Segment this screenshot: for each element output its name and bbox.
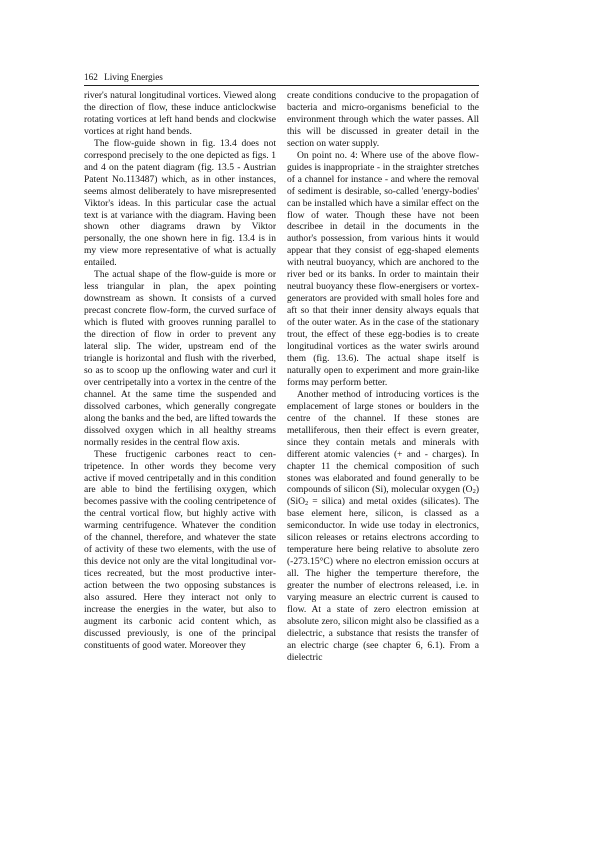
paragraph: These fructigenic carbones react to cen­… bbox=[84, 449, 276, 652]
text-run: Another method of introducing vortices i… bbox=[287, 389, 479, 496]
right-column: create conditions conducive to the propa… bbox=[287, 90, 479, 664]
paragraph: On point no. 4: Where use of the above f… bbox=[287, 150, 479, 389]
running-title: Living Energies bbox=[104, 72, 163, 82]
paragraph: create conditions conducive to the propa… bbox=[287, 90, 479, 150]
paragraph: river's natural longitudinal vortices. V… bbox=[84, 90, 276, 138]
paragraph: The flow-guide shown in fig. 13.4 does n… bbox=[84, 138, 276, 269]
text-run: = silica) and metal oxides (silicates). … bbox=[287, 496, 479, 662]
page-number: 162 bbox=[84, 72, 98, 82]
left-column: river's natural longitudinal vortices. V… bbox=[84, 90, 276, 652]
paragraph: Another method of introducing vortices i… bbox=[287, 389, 479, 664]
paragraph: The actual shape of the flow-guide is mo… bbox=[84, 269, 276, 448]
running-header: 162 Living Energies bbox=[84, 72, 479, 86]
